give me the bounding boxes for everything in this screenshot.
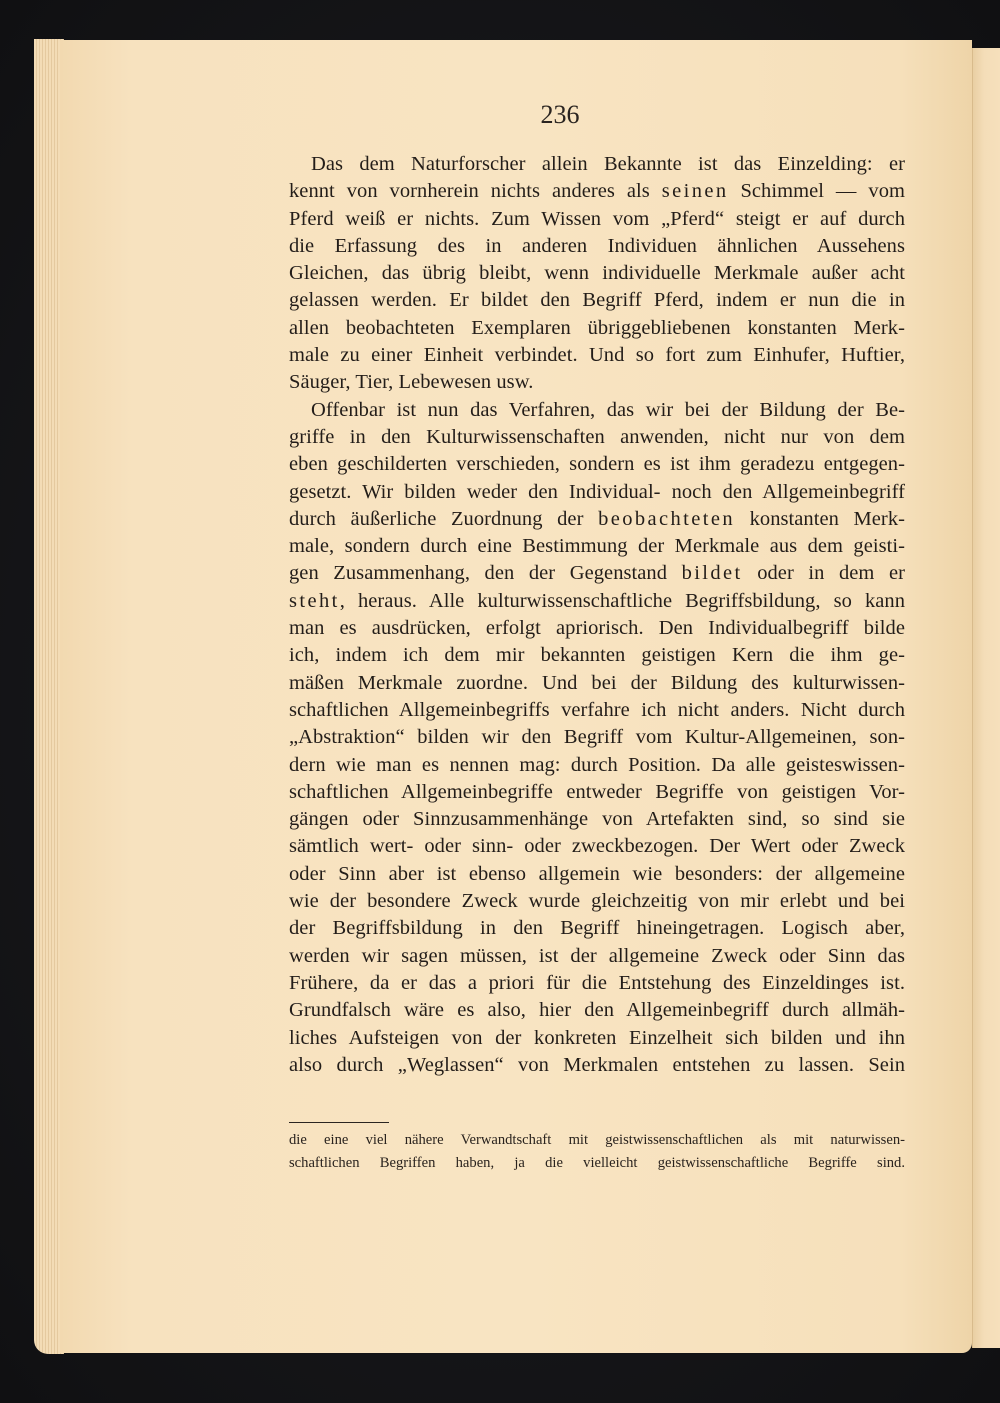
body-line: man es ausdrücken, erfolgt apriorisch. D… <box>289 615 905 642</box>
emphasized-word: seinen <box>662 180 729 202</box>
body-line: wie der besondere Zweck wurde gleichzeit… <box>289 888 905 915</box>
body-line: gen Zusammenhang, den der Gegenstand bil… <box>289 560 905 587</box>
body-line: werden wir sagen müssen, ist der allgeme… <box>289 943 905 970</box>
footnote: die eine viel nähere Verwandtschaft mit … <box>289 1129 905 1175</box>
body-text: Das dem Naturforscher allein Bekannte is… <box>289 151 905 1079</box>
body-line: gesetzt. Wir bilden weder den Individual… <box>289 479 905 506</box>
body-line: Pferd weiß er nichts. Zum Wissen vom „Pf… <box>289 206 905 233</box>
body-line: der Begriffsbildung in den Begriff hinei… <box>289 915 905 942</box>
body-line: male zu einer Einheit verbindet. Und so … <box>289 342 905 369</box>
footnote-line: schaftlichen Begriffen haben, ja die vie… <box>289 1152 905 1175</box>
body-line: Gleichen, das übrig bleibt, wenn individ… <box>289 260 905 287</box>
body-line: schaftlichen Allgemeinbegriffe entweder … <box>289 779 905 806</box>
body-line: male, sondern durch eine Bestimmung der … <box>289 533 905 560</box>
footnote-rule <box>289 1122 389 1123</box>
footnote-line: die eine viel nähere Verwandtschaft mit … <box>289 1129 905 1152</box>
page-number: 236 <box>505 100 615 130</box>
body-line: steht, heraus. Alle kulturwissenschaftli… <box>289 588 905 615</box>
body-line: Grundfalsch wäre es also, hier den Allge… <box>289 997 905 1024</box>
body-line: Das dem Naturforscher allein Bekannte is… <box>289 151 905 178</box>
body-line: also durch „Weglassen“ von Merkmalen ent… <box>289 1052 905 1079</box>
facing-page-edge <box>972 48 1000 1348</box>
body-line: Säuger, Tier, Lebewesen usw. <box>289 369 905 396</box>
body-line: durch äußerliche Zuordnung der beobachte… <box>289 506 905 533</box>
body-line: allen beobachteten Exemplaren übriggebli… <box>289 315 905 342</box>
body-line: liches Aufsteigen von der konkreten Einz… <box>289 1025 905 1052</box>
body-line: oder Sinn aber ist ebenso allgemein wie … <box>289 861 905 888</box>
emphasized-word: steht <box>289 590 340 612</box>
body-line: ich, indem ich dem mir bekannten geistig… <box>289 642 905 669</box>
emphasized-word: beobachteten <box>598 508 735 530</box>
body-line: Frühere, da er das a priori für die Ents… <box>289 970 905 997</box>
body-line: gelassen werden. Er bildet den Begriff P… <box>289 287 905 314</box>
body-line: die Erfassung des in anderen Individuen … <box>289 233 905 260</box>
body-line: dern wie man es nennen mag: durch Positi… <box>289 752 905 779</box>
body-line: kennt von vornherein nichts anderes als … <box>289 178 905 205</box>
emphasized-word: bildet <box>682 562 743 584</box>
body-line: „Abstraktion“ bilden wir den Begriff vom… <box>289 724 905 751</box>
body-line: mäßen Merkmale zuordne. Und bei der Bild… <box>289 670 905 697</box>
body-line: schaftlichen Allgemeinbegriffs verfahre … <box>289 697 905 724</box>
body-line: Offenbar ist nun das Verfahren, das wir … <box>289 397 905 424</box>
body-line: sämtlich wert- oder sinn- oder zweckbezo… <box>289 833 905 860</box>
body-line: eben geschilderten verschieden, sondern … <box>289 451 905 478</box>
body-line: griffe in den Kulturwissenschaften anwen… <box>289 424 905 451</box>
body-line: gängen oder Sinnzusammenhänge von Artefa… <box>289 806 905 833</box>
